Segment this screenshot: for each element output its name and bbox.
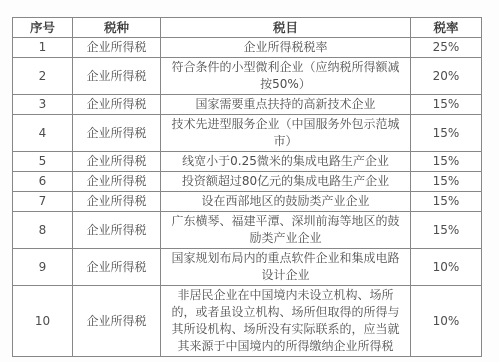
cell-no: 10 [13,286,73,357]
cell-rate: 20% [411,58,482,95]
cell-item: 企业所得税税率 [161,38,411,58]
cell-tax-type: 企业所得税 [73,212,161,249]
cell-no: 5 [13,152,73,172]
cell-rate: 15% [411,212,482,249]
table-row: 3 企业所得税 国家需要重点扶持的高新技术企业 15% [13,95,482,115]
cell-rate: 15% [411,152,482,172]
cell-no: 7 [13,192,73,212]
table-row: 5 企业所得税 线宽小于0.25微米的集成电路生产企业 15% [13,152,482,172]
cell-item: 国家需要重点扶持的高新技术企业 [161,95,411,115]
header-tax-type: 税种 [73,18,161,38]
table-row: 6 企业所得税 投资额超过80亿元的集成电路生产企业 15% [13,172,482,192]
cell-item: 符合条件的小型微利企业（应纳税所得额减按50%） [161,58,411,95]
cell-tax-type: 企业所得税 [73,286,161,357]
cell-tax-type: 企业所得税 [73,152,161,172]
table-row: 10 企业所得税 非居民企业在中国境内未设立机构、场所的，或者虽设立机构、场所但… [13,286,482,357]
cell-no: 4 [13,115,73,152]
cell-rate: 10% [411,286,482,357]
table-row: 2 企业所得税 符合条件的小型微利企业（应纳税所得额减按50%） 20% [13,58,482,95]
table-header-row: 序号 税种 税目 税率 [13,18,482,38]
cell-no: 9 [13,249,73,286]
cell-tax-type: 企业所得税 [73,38,161,58]
table-row: 8 企业所得税 广东横琴、福建平潭、深圳前海等地区的鼓励类产业企业 15% [13,212,482,249]
cell-rate: 15% [411,172,482,192]
cell-tax-type: 企业所得税 [73,58,161,95]
table-row: 1 企业所得税 企业所得税税率 25% [13,38,482,58]
cell-no: 6 [13,172,73,192]
cell-item: 广东横琴、福建平潭、深圳前海等地区的鼓励类产业企业 [161,212,411,249]
cell-item: 非居民企业在中国境内未设立机构、场所的，或者虽设立机构、场所但取得的所得与其所设… [161,286,411,357]
cell-no: 2 [13,58,73,95]
cell-tax-type: 企业所得税 [73,192,161,212]
cell-tax-type: 企业所得税 [73,249,161,286]
cell-rate: 15% [411,115,482,152]
cell-tax-type: 企业所得税 [73,115,161,152]
cell-item: 投资额超过80亿元的集成电路生产企业 [161,172,411,192]
cell-rate: 15% [411,95,482,115]
cell-rate: 25% [411,38,482,58]
cell-tax-type: 企业所得税 [73,95,161,115]
cell-rate: 10% [411,249,482,286]
cell-item: 线宽小于0.25微米的集成电路生产企业 [161,152,411,172]
cell-tax-type: 企业所得税 [73,172,161,192]
table-row: 4 企业所得税 技术先进型服务企业（中国服务外包示范城市） 15% [13,115,482,152]
cell-no: 3 [13,95,73,115]
cell-rate: 15% [411,192,482,212]
cell-no: 8 [13,212,73,249]
cell-item: 设在西部地区的鼓励类产业企业 [161,192,411,212]
header-no: 序号 [13,18,73,38]
header-item: 税目 [161,18,411,38]
page: 序号 税种 税目 税率 1 企业所得税 企业所得税税率 25% 2 企业所得税 … [0,0,499,362]
cell-no: 1 [13,38,73,58]
cell-item: 技术先进型服务企业（中国服务外包示范城市） [161,115,411,152]
header-rate: 税率 [411,18,482,38]
table-row: 7 企业所得税 设在西部地区的鼓励类产业企业 15% [13,192,482,212]
tax-rate-table: 序号 税种 税目 税率 1 企业所得税 企业所得税税率 25% 2 企业所得税 … [12,17,482,357]
cell-item: 国家规划布局内的重点软件企业和集成电路设计企业 [161,249,411,286]
table-row: 9 企业所得税 国家规划布局内的重点软件企业和集成电路设计企业 10% [13,249,482,286]
